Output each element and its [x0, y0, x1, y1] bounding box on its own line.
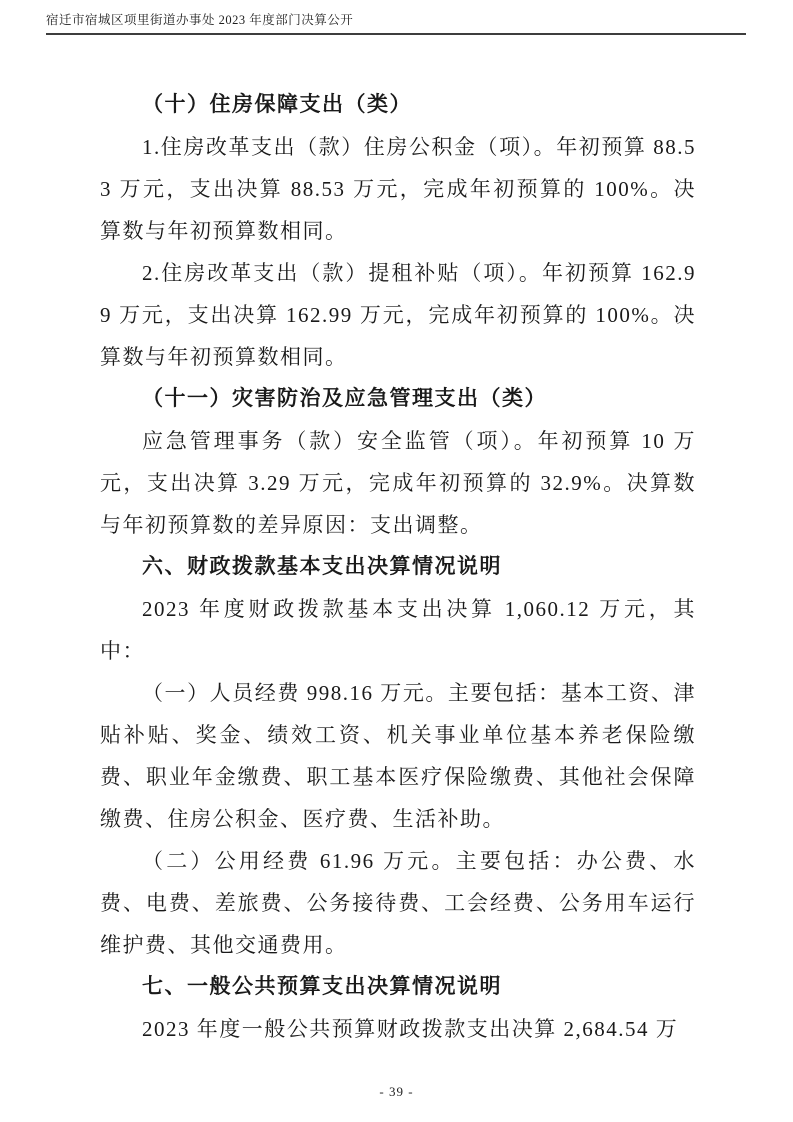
paragraph-general-budget-total: 2023 年度一般公共预算财政拨款支出决算 2,684.54 万 — [100, 1008, 696, 1050]
section-heading-six-basic-expenditure: 六、财政拨款基本支出决算情况说明 — [100, 546, 696, 588]
paragraph-rent-subsidy: 2.住房改革支出（款）提租补贴（项）。年初预算 162.99 万元，支出决算 1… — [100, 252, 696, 378]
section-heading-seven-general-budget: 七、一般公共预算支出决算情况说明 — [100, 966, 696, 1008]
section-heading-disaster-emergency: （十一）灾害防治及应急管理支出（类） — [100, 378, 696, 420]
paragraph-housing-fund: 1.住房改革支出（款）住房公积金（项）。年初预算 88.53 万元，支出决算 8… — [100, 126, 696, 252]
page-number: - 39 - — [0, 1084, 793, 1100]
section-heading-housing-security: （十）住房保障支出（类） — [100, 84, 696, 126]
paragraph-public-expense: （二）公用经费 61.96 万元。主要包括：办公费、水费、电费、差旅费、公务接待… — [100, 840, 696, 966]
document-page: 宿迁市宿城区项里街道办事处 2023 年度部门决算公开 （十）住房保障支出（类）… — [0, 0, 793, 1122]
paragraph-emergency-management: 应急管理事务（款）安全监管（项）。年初预算 10 万元，支出决算 3.29 万元… — [100, 420, 696, 546]
paragraph-basic-expenditure-total: 2023 年度财政拨款基本支出决算 1,060.12 万元，其中： — [100, 588, 696, 672]
page-header-title: 宿迁市宿城区项里街道办事处 2023 年度部门决算公开 — [46, 12, 746, 35]
document-body: （十）住房保障支出（类） 1.住房改革支出（款）住房公积金（项）。年初预算 88… — [100, 84, 696, 1050]
paragraph-personnel-expense: （一）人员经费 998.16 万元。主要包括：基本工资、津贴补贴、奖金、绩效工资… — [100, 672, 696, 840]
